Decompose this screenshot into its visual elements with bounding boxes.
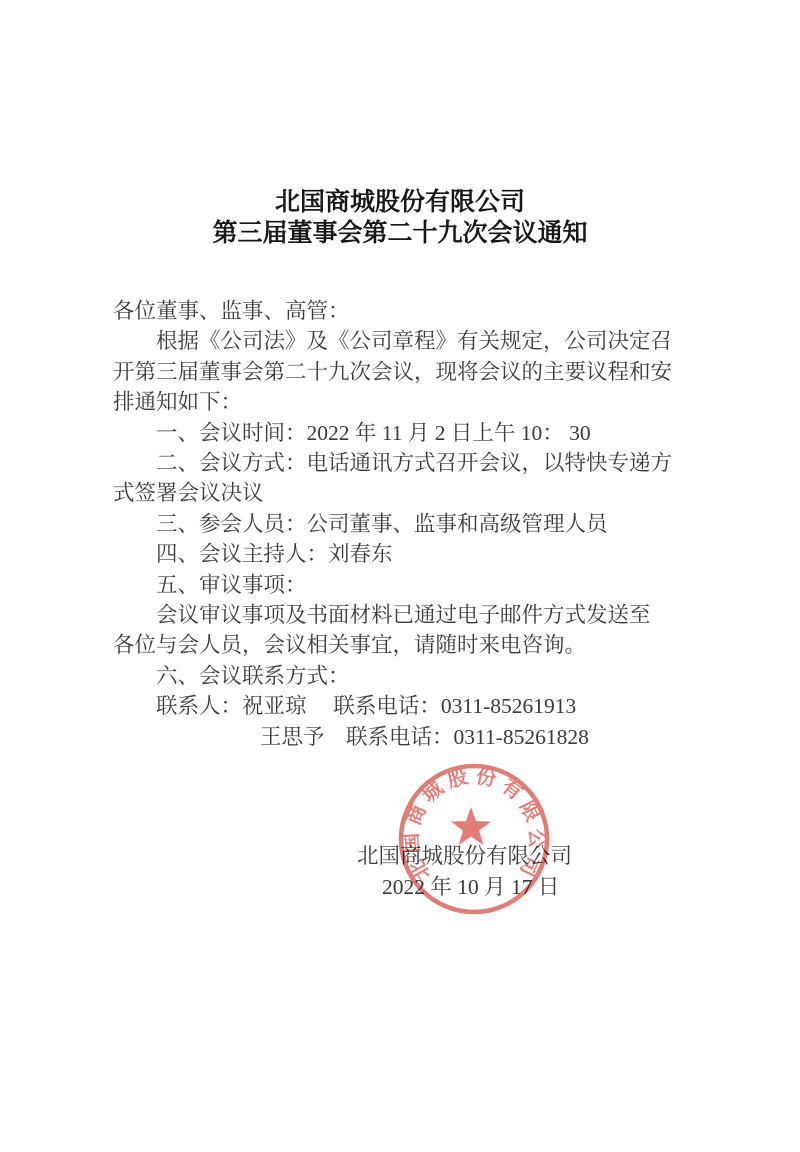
contact-line-1: 联系人：祝亚琼 联系电话：0311-85261913 bbox=[113, 691, 705, 721]
contact-line-2: 王思予 联系电话：0311-85261828 bbox=[113, 722, 705, 752]
body-line: 开第三届董事会第二十九次会议，现将会议的主要议程和安 bbox=[113, 357, 705, 387]
document-page: 北国商城股份有限公司 第三届董事会第二十九次会议通知 各位董事、监事、高管： 根… bbox=[0, 0, 800, 1152]
body-line: 各位与会人员，会议相关事宜，请随时来电咨询。 bbox=[113, 630, 705, 660]
document-title: 北国商城股份有限公司 第三届董事会第二十九次会议通知 bbox=[0, 187, 800, 249]
item-host: 四、会议主持人：刘春东 bbox=[113, 539, 705, 569]
seal-star-icon bbox=[451, 807, 491, 845]
body-line: 根据《公司法》及《公司章程》有关规定，公司决定召 bbox=[113, 326, 705, 356]
item-meeting-method: 二、会议方式：电话通讯方式召开会议，以特快专递方 bbox=[113, 448, 705, 478]
body-line: 会议审议事项及书面材料已通过电子邮件方式发送至 bbox=[113, 600, 705, 630]
document-body: 各位董事、监事、高管： 根据《公司法》及《公司章程》有关规定，公司决定召 开第三… bbox=[113, 296, 705, 752]
body-line: 式签署会议决议 bbox=[113, 478, 705, 508]
salutation-line: 各位董事、监事、高管： bbox=[113, 296, 705, 326]
title-line-1: 北国商城股份有限公司 bbox=[0, 187, 800, 218]
item-review-matters: 五、审议事项： bbox=[113, 570, 705, 600]
item-meeting-time: 一、会议时间：2022 年 11 月 2 日上午 10： 30 bbox=[113, 418, 705, 448]
signature-block: 北国商城股份有限公司 2022 年 10 月 17 日 bbox=[357, 841, 572, 902]
signature-date: 2022 年 10 月 17 日 bbox=[357, 872, 572, 903]
item-participants: 三、参会人员：公司董事、监事和高级管理人员 bbox=[113, 509, 705, 539]
body-line: 排通知如下： bbox=[113, 387, 705, 417]
item-contact-method: 六、会议联系方式： bbox=[113, 661, 705, 691]
title-line-2: 第三届董事会第二十九次会议通知 bbox=[0, 218, 800, 249]
signature-company: 北国商城股份有限公司 bbox=[357, 841, 572, 872]
